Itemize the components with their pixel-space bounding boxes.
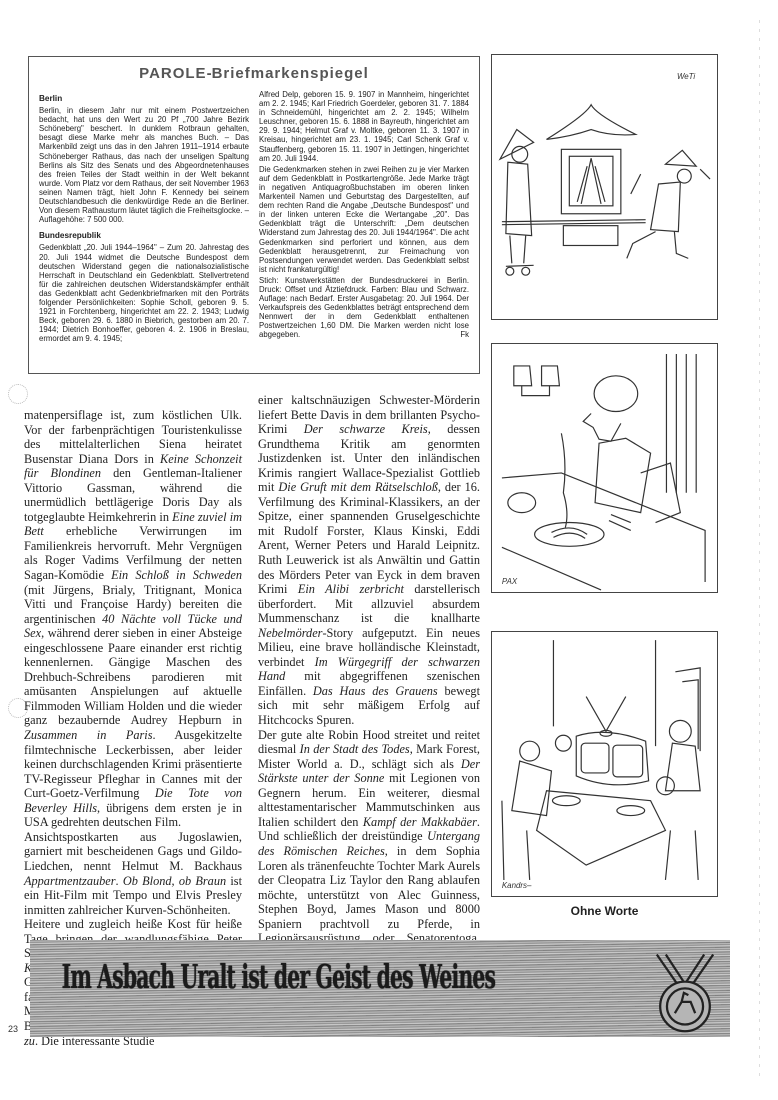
cartoon-spaghetti-diner: PAX	[491, 343, 718, 593]
film-title: Kampf der Makkabäer	[363, 815, 477, 829]
film-title: Im Würgegriff der schwarzen Hand	[258, 655, 480, 684]
stamp-column-title: PAROLE-Briefmarkenspiegel	[39, 65, 469, 82]
stamp-column-box: PAROLE-Briefmarkenspiegel Berlin Berlin,…	[28, 56, 480, 374]
spaghetti-diner-illustration: PAX	[492, 344, 717, 592]
berlin-heading: Berlin	[39, 94, 249, 103]
print-details: Stich: Kunstwerkstätten der Bundesdrucke…	[259, 276, 469, 340]
brd-text: Gedenkblatt „20. Juli 1944–1964" – Zum 2…	[39, 243, 249, 343]
stamp-column-left: Berlin Berlin, in diesem Jahr nur mit ei…	[39, 90, 249, 345]
film-title: Untergang des Römischen Reiches	[258, 829, 480, 858]
print-details-text: Stich: Kunstwerkstätten der Bundesdrucke…	[259, 276, 469, 340]
film-title: Ob Blond, ob Braun	[123, 874, 226, 888]
film-title: Der Stärkste unter der Sonne	[258, 757, 480, 786]
sedan-chair-illustration: WeTi	[492, 55, 717, 319]
film-title: Das Haus des Grauens	[313, 684, 438, 698]
cartoon-signature: Kandrs–	[502, 881, 532, 890]
film-title: Nebelmörder	[258, 626, 322, 640]
cartoon-signature: WeTi	[677, 72, 695, 81]
film-title: Die Tote von Beverley Hills	[24, 786, 242, 815]
page-edge	[759, 20, 760, 1080]
cartoon-family-tv-dinner: Kandrs–	[491, 631, 718, 897]
film-title: Ein Alibi zerbricht	[298, 582, 404, 596]
stamp-description-text: Die Gedenkmarken stehen in zwei Reihen z…	[259, 165, 469, 274]
ad-slogan: Im Asbach Uralt ist der Geist des Weines	[60, 959, 497, 997]
stamp-column-right: Alfred Delp, geboren 15. 9. 1907 in Mann…	[259, 90, 469, 345]
film-title: In der Stadt des Todes	[300, 742, 410, 756]
article-paragraph: einer kaltschnäuzigen Schwester-Mörderin…	[258, 393, 480, 728]
resistance-list-text: Alfred Delp, geboren 15. 9. 1907 in Mann…	[259, 90, 469, 163]
film-title: Der schwarze Kreis	[304, 422, 428, 436]
article-paragraph: Ansichtspostkarten aus Jugoslawien, garn…	[24, 830, 242, 917]
punch-hole	[8, 384, 28, 404]
film-title: 40 Nächte voll Tücke und Sex	[24, 612, 242, 641]
title-suffix: Briefmarkenspiegel	[212, 65, 369, 82]
film-title: Ein Schloß in Schweden	[111, 568, 242, 582]
cartoon-signature: PAX	[502, 577, 518, 586]
film-title: Appartmentzauber	[24, 874, 116, 888]
article-paragraph: matenpersiflage ist, zum köstlichen Ulk.…	[24, 408, 242, 830]
film-title: Keine Schonzeit für Blondinen	[24, 452, 242, 481]
article-column-middle: einer kaltschnäuzigen Schwester-Mörderin…	[258, 393, 480, 1019]
brd-heading: Bundesrepublik	[39, 231, 249, 240]
film-title: Eine zuviel im Bett	[24, 510, 242, 539]
title-prefix: PAROLE	[139, 65, 206, 82]
cartoon-caption: Ohne Worte	[491, 904, 718, 918]
page-number: 23	[8, 1024, 18, 1034]
family-tv-dinner-illustration: Kandrs–	[492, 632, 717, 896]
berlin-text: Berlin, in diesem Jahr nur mit einem Pos…	[39, 106, 249, 224]
film-title: Zusammen in Paris	[24, 728, 152, 742]
asbach-emblem-icon	[652, 950, 718, 1038]
film-title: Die Gruft mit dem Rätselschloß	[278, 480, 437, 494]
cartoon-sedan-chair: WeTi	[491, 54, 718, 320]
author-signature: Fk	[460, 330, 469, 339]
